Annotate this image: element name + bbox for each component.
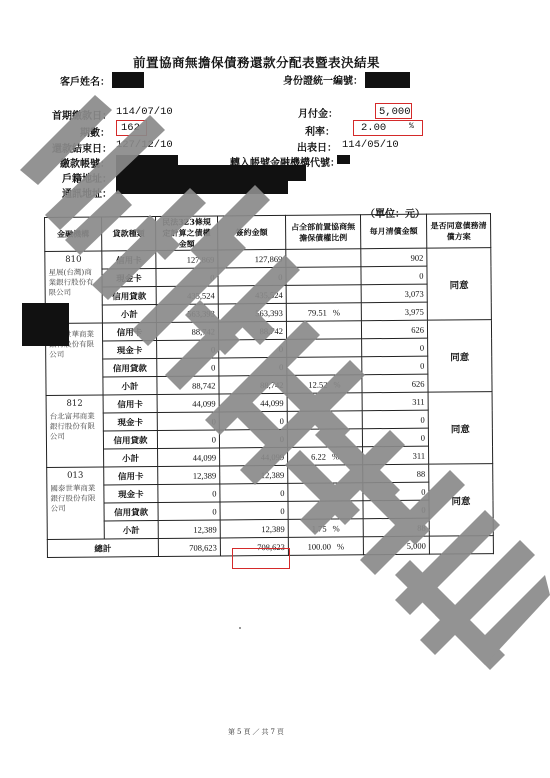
loan-type: 信用卡 — [102, 323, 156, 341]
contract-amount: 0 — [218, 267, 286, 286]
loan-type: 信用貸款 — [103, 359, 157, 377]
contract-amount: 0 — [219, 339, 287, 358]
installments-value: 162 — [121, 122, 140, 134]
contract-amount: 435,524 — [218, 285, 286, 304]
contract-amount: 0 — [219, 429, 287, 448]
total-label: 總計 — [47, 539, 158, 558]
bank-cell: 812台北富邦商業銀行股份有限公司 — [46, 395, 104, 467]
total-contract-highlight — [232, 548, 290, 569]
claim-amount: 435,524 — [156, 286, 218, 305]
ratio-value: 12.52 — [308, 379, 327, 389]
monthly-payment: 88 — [363, 518, 429, 537]
ratio: 6.22% — [288, 447, 363, 466]
mailing-address-label: 通訊地址： — [62, 185, 112, 200]
ratio: 1.75% — [288, 519, 363, 538]
claim-amount: 88,742 — [156, 322, 218, 341]
installments-label: 期數： — [80, 124, 110, 139]
total-monthly: 5,000 — [363, 536, 429, 555]
header-agree: 是否同意債務清償方案 — [426, 214, 490, 249]
claim-amount: 0 — [157, 430, 219, 449]
ratio — [286, 285, 361, 304]
total-ratio-value: 100.00 — [308, 541, 331, 551]
header-institution: 金融機構 — [45, 217, 102, 251]
agree-status: 同意 — [429, 464, 494, 537]
repayment-allocation-table: 金融機構 貸款種類 民法323條規定計算之債權金額 簽約金額 占全部前置協商無擔… — [44, 213, 494, 558]
bank-name: 國泰世華商業銀行股份有限公司 — [50, 484, 100, 514]
header-monthly-payment: 每月清償金額 — [360, 214, 426, 249]
bank-code: 013 — [50, 471, 100, 481]
ratio — [288, 465, 363, 484]
document-title: 前置協商無擔保債務還款分配表暨表決結果 — [133, 53, 380, 71]
ratio: 12.52% — [287, 375, 362, 394]
contract-amount: 88,742 — [218, 321, 286, 340]
contract-amount: 0 — [220, 483, 288, 502]
ratio: 79.51% — [286, 303, 361, 322]
ratio-value: 1.75 — [312, 523, 327, 533]
claim-amount: 0 — [157, 412, 219, 431]
ratio — [288, 483, 363, 502]
loan-type: 現金卡 — [102, 269, 156, 287]
total-ratio: 100.00% — [288, 537, 363, 556]
mailing-address-redacted — [116, 181, 288, 194]
issue-date-label: 出表日： — [297, 139, 337, 154]
monthly-payment: 0 — [363, 482, 429, 501]
contract-amount: 0 — [219, 411, 287, 430]
percent-sign: % — [332, 451, 339, 461]
claim-amount: 12,389 — [158, 466, 220, 485]
customer-name-redacted — [112, 72, 144, 88]
bank-name-redacted — [22, 303, 69, 346]
ratio — [286, 321, 361, 340]
bank-code: 810 — [48, 255, 98, 265]
ratio — [287, 339, 362, 358]
total-agree-empty — [429, 536, 493, 555]
scan-speck — [239, 627, 241, 629]
debt-repayment-document: 前置協商無擔保債務還款分配表暨表決結果 客戶姓名： 身份證統一編號： 首期繳款日… — [0, 0, 550, 778]
header-claim-amount: 民法323條規定計算之債權金額 — [156, 216, 218, 251]
monthly-payment: 311 — [363, 446, 429, 465]
bank-code: 812 — [50, 399, 100, 409]
monthly-payment: 0 — [362, 338, 428, 357]
header-loan-type: 貸款種類 — [102, 217, 156, 251]
claim-amount: 44,099 — [158, 448, 220, 467]
agree-status: 同意 — [427, 248, 492, 321]
issue-date: 114/05/10 — [342, 139, 399, 151]
loan-type: 小計 — [102, 305, 156, 323]
claim-amount: 0 — [156, 268, 218, 287]
final-payment-date-label: 還款結束日： — [52, 140, 112, 155]
first-payment-date: 114/07/10 — [116, 106, 173, 118]
monthly-payment: 902 — [361, 248, 427, 267]
ratio — [286, 267, 361, 286]
bank-name: 台北富邦商業銀行股份有限公司 — [50, 412, 100, 442]
claim-amount: 44,099 — [157, 394, 219, 413]
monthly-payment-label: 月付金： — [298, 105, 338, 120]
ratio — [287, 411, 362, 430]
contract-amount: 44,099 — [219, 393, 287, 412]
loan-type: 信用卡 — [102, 251, 156, 269]
claim-amount: 12,389 — [158, 520, 220, 539]
total-claim: 708,623 — [158, 538, 220, 557]
loan-type: 小計 — [104, 521, 158, 539]
contract-amount: 44,099 — [220, 447, 288, 466]
loan-type: 信用貸款 — [103, 431, 157, 449]
claim-amount: 0 — [157, 340, 219, 359]
id-number-redacted — [365, 72, 410, 88]
contract-amount: 12,389 — [220, 465, 288, 484]
ratio-value: 6.22 — [311, 451, 326, 461]
monthly-payment: 0 — [362, 356, 428, 375]
ratio — [287, 357, 362, 376]
monthly-payment: 3,073 — [361, 284, 427, 303]
loan-type: 信用貸款 — [102, 287, 156, 305]
loan-type: 現金卡 — [103, 341, 157, 359]
percent-sign: % — [333, 523, 340, 533]
loan-type: 信用貸款 — [104, 503, 158, 521]
monthly-payment: 0 — [363, 500, 429, 519]
monthly-payment-value: 5,000 — [379, 106, 411, 118]
loan-type: 現金卡 — [104, 485, 158, 503]
agree-status: 同意 — [427, 320, 492, 393]
table-header-row: 金融機構 貸款種類 民法323條規定計算之債權金額 簽約金額 占全部前置協商無擔… — [45, 214, 491, 252]
ratio-value: 79.51 — [308, 307, 327, 317]
payment-account-redacted — [116, 155, 178, 165]
claim-amount: 0 — [157, 358, 219, 377]
loan-type: 信用卡 — [104, 467, 158, 485]
ratio — [288, 501, 363, 520]
interest-rate-value: 2.00 — [361, 122, 386, 134]
contract-amount: 0 — [220, 501, 288, 520]
monthly-payment: 0 — [362, 428, 428, 447]
monthly-payment: 0 — [361, 266, 427, 285]
percent-sign: % — [333, 307, 340, 317]
ratio — [287, 393, 362, 412]
household-address-label: 戶籍地址： — [62, 170, 112, 185]
payment-account-label: 繳款帳號： — [60, 155, 110, 170]
page-indicator: 第5頁／共7頁 — [228, 727, 286, 737]
header-contract-amount: 簽約金額 — [217, 215, 285, 250]
first-payment-date-label: 首期繳款日： — [52, 107, 112, 122]
header-ratio: 占全部前置協商無擔保債權比例 — [285, 215, 360, 250]
contract-amount: 88,742 — [219, 375, 287, 394]
interest-rate-label: 利率： — [305, 123, 335, 138]
percent-sign: % — [337, 541, 344, 551]
transfer-bank-code-label: 轉入帳號金融機構代號： — [230, 154, 340, 169]
ratio — [287, 429, 362, 448]
claim-amount: 127,869 — [156, 250, 218, 269]
id-number-label: 身份證統一編號： — [283, 72, 363, 87]
contract-amount: 563,393 — [218, 303, 286, 322]
loan-type: 小計 — [104, 449, 158, 467]
ratio — [286, 249, 361, 268]
monthly-payment: 88 — [363, 464, 429, 483]
contract-amount: 127,869 — [218, 249, 286, 268]
loan-type: 信用卡 — [103, 395, 157, 413]
transfer-bank-code-redacted — [337, 155, 350, 164]
monthly-payment: 311 — [362, 392, 428, 411]
contract-amount: 0 — [219, 357, 287, 376]
agree-status: 同意 — [428, 392, 493, 465]
loan-type: 小計 — [103, 377, 157, 395]
claim-amount: 88,742 — [157, 376, 219, 395]
monthly-payment: 0 — [362, 410, 428, 429]
loan-type: 現金卡 — [103, 413, 157, 431]
contract-amount: 12,389 — [220, 519, 288, 538]
monthly-payment: 3,975 — [361, 302, 427, 321]
bank-name: 星展(台灣)商業銀行股份有限公司 — [48, 268, 98, 298]
monthly-payment: 626 — [361, 320, 427, 339]
final-payment-date: 127/12/10 — [116, 139, 173, 151]
percent-sign: % — [333, 379, 340, 389]
claim-amount: 563,393 — [156, 304, 218, 323]
claim-amount: 0 — [158, 484, 220, 503]
claim-amount: 0 — [158, 502, 220, 521]
interest-rate-percent: % — [409, 122, 414, 131]
monthly-payment: 626 — [362, 374, 428, 393]
customer-name-label: 客戶姓名： — [60, 73, 110, 88]
bank-cell: 013國泰世華商業銀行股份有限公司 — [47, 467, 105, 539]
